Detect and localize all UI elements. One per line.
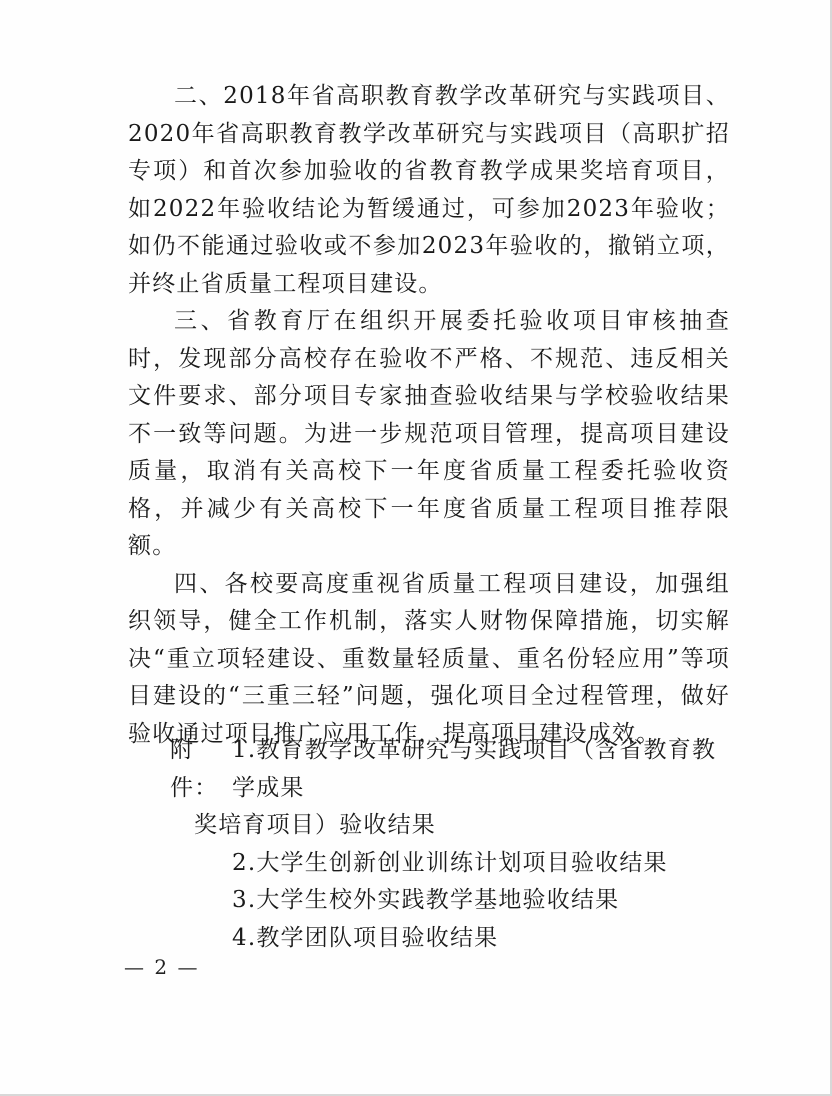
attachment-item-1-continuation: 奖培育项目）验收结果	[170, 807, 730, 845]
document-body: 二、2018年省高职教育教学改革研究与实践项目、2020年省高职教育教学改革研究…	[128, 78, 730, 753]
attachments-list: 附件： 1.教育教学改革研究与实践项目（含省教育教学成果 奖培育项目）验收结果 …	[170, 732, 730, 957]
attachment-item-1-title: 1.教育教学改革研究与实践项目（含省教育教学成果	[232, 732, 730, 807]
attachment-item-4: 4.教学团队项目验收结果	[170, 920, 730, 958]
paragraph-4-school-requirements: 四、各校要高度重视省质量工程项目建设，加强组织领导，健全工作机制，落实人财物保障…	[128, 566, 730, 754]
attachment-item-3: 3.大学生校外实践教学基地验收结果	[170, 882, 730, 920]
paragraph-2-acceptance-deferral: 二、2018年省高职教育教学改革研究与实践项目、2020年省高职教育教学改革研究…	[128, 78, 730, 303]
attachment-item-1: 附件： 1.教育教学改革研究与实践项目（含省教育教学成果	[170, 732, 730, 807]
paragraph-3-audit-findings: 三、省教育厅在组织开展委托验收项目审核抽查时，发现部分高校存在验收不严格、不规范…	[128, 303, 730, 566]
document-page: 二、2018年省高职教育教学改革研究与实践项目、2020年省高职教育教学改革研究…	[0, 0, 832, 1096]
attachment-item-2: 2.大学生创新创业训练计划项目验收结果	[170, 845, 730, 883]
page-number: — 2 —	[124, 955, 199, 979]
attachments-label: 附件：	[170, 732, 232, 807]
